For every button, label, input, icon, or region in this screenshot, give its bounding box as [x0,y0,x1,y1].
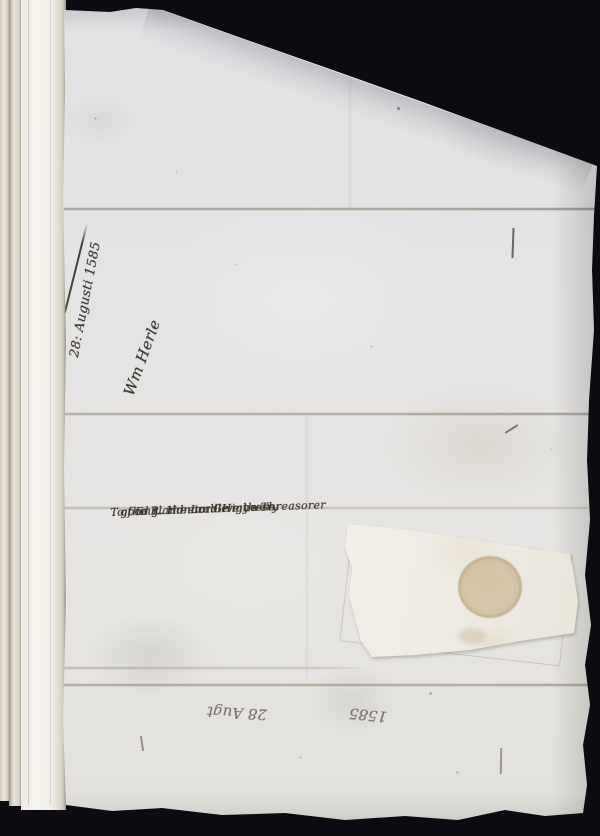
wax-seal-impression [458,556,522,618]
seal-wax-smudge [458,628,486,644]
photo-backdrop: 28: Augusti 1585 Wm Herle To the R. Hono… [0,0,600,836]
seal-patch-layer [0,0,600,836]
